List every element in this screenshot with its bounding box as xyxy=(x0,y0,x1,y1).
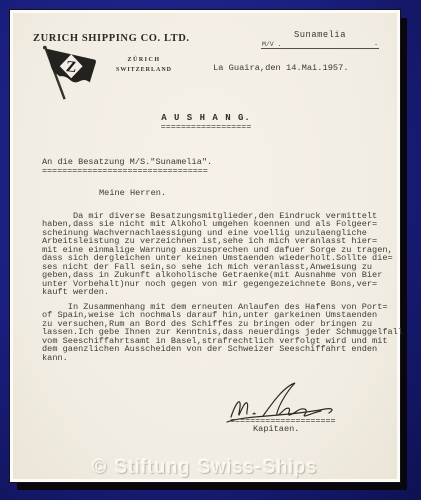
signature-role: Kapitaen. xyxy=(253,424,299,434)
vessel-rule: M/V . - xyxy=(261,40,379,49)
body-line: kauft werden. xyxy=(42,288,394,296)
vessel-name-block: Sunamelia M/V . - xyxy=(261,30,379,49)
ship-name-typed: Sunamelia xyxy=(261,30,379,40)
notice-title-underline: ================== xyxy=(123,122,289,132)
letterhead-country: SWITZERLAND xyxy=(107,67,181,73)
copyright-watermark: © Stiftung Swiss-Ships xyxy=(13,457,397,479)
vessel-line-mark: - xyxy=(374,41,378,48)
company-flag-icon: Z xyxy=(37,45,109,103)
letterhead-company-name: ZURICH SHIPPING CO. LTD. xyxy=(33,33,190,44)
letterhead-place: ZÜRICH SWITZERLAND xyxy=(107,57,181,73)
salutation: Meine Herren. xyxy=(99,188,166,198)
framed-scan-background: ZURICH SHIPPING CO. LTD. Z ZÜRICH SWITZE… xyxy=(0,0,421,500)
document-photo: ZURICH SHIPPING CO. LTD. Z ZÜRICH SWITZE… xyxy=(10,10,400,482)
dateline: La Guaira,den 14.Mai.1957. xyxy=(213,63,349,73)
body-paragraph-1: Da mir diverse Besatzungsmitglieder,den … xyxy=(42,212,394,297)
addressee-underline: ================================= xyxy=(42,166,212,176)
vessel-label: M/V . xyxy=(262,41,282,48)
letter-paper: ZURICH SHIPPING CO. LTD. Z ZÜRICH SWITZE… xyxy=(13,13,397,479)
body-paragraph-2: In Zusammenhang mit dem erneuten Anlaufe… xyxy=(42,303,394,362)
body-line: kann. xyxy=(42,354,394,362)
flag-z-letter: Z xyxy=(65,58,77,76)
body-line: dem gaenzlichen Ausscheiden von der Schw… xyxy=(42,345,394,353)
letterhead-city: ZÜRICH xyxy=(107,57,181,63)
